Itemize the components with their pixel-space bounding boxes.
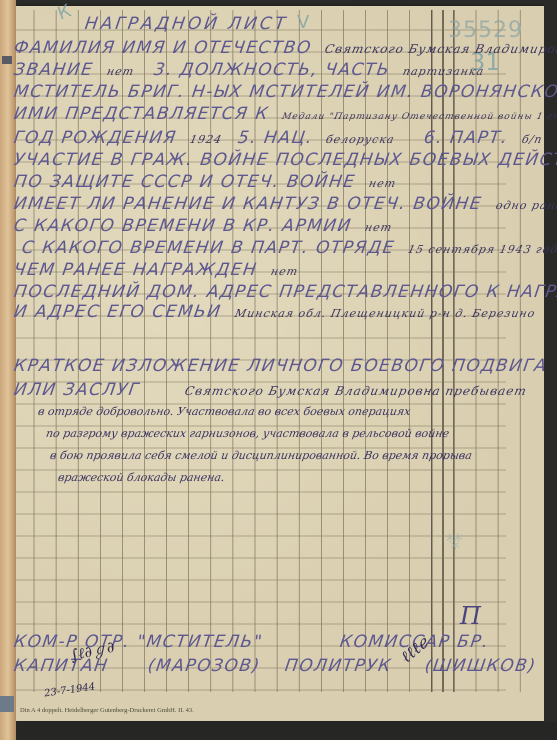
field-label: Имеет ли ранение и кантуз в отеч. войне (13, 194, 484, 214)
field-value: Минская обл. Плещеницкий р-н д. Березино (234, 307, 537, 320)
field-value: одно ранение (494, 199, 557, 212)
narrative-line: по разгрому вражеских гарнизонов, участв… (44, 424, 488, 444)
field-label: и адрес его семьи (13, 302, 223, 322)
field-label: 3. Должность, часть (152, 60, 391, 80)
field-value: партизанка (402, 65, 486, 78)
field-label: Участие в граж. войне последных боевых д… (13, 150, 557, 170)
narrative-heading-text: Краткое изложение личного боевого подвиг… (13, 356, 549, 376)
field-label: 6. Парт. (423, 128, 510, 148)
field-award: Ими представляется к Медали "Партизану О… (14, 104, 557, 124)
narrative-line: в отряде добровольно. Участвовала во все… (36, 402, 480, 422)
narrative-line: вражеской блокады ранена. (56, 468, 500, 488)
field-wounds: Имеет ли ранение и кантуз в отеч. войне … (14, 194, 557, 214)
check-mark: V (297, 12, 309, 33)
field-label: по защите СССР и отеч. войне (13, 172, 357, 192)
signature-left-rank: капитан (Марозов) (14, 656, 261, 676)
field-unit: Мститель бриг. н-ых мстителей им. Вороня… (14, 82, 557, 102)
field-label: С какого времени в Кр. Армии (13, 216, 354, 236)
title-text: Наградной лист (84, 14, 290, 34)
signature-rank: политрук (284, 656, 394, 676)
field-value: нет (269, 265, 299, 278)
field-previous-awards: Чем ранее награжден нет (14, 260, 298, 280)
field-label: Последний дом. адрес представленного к н… (13, 282, 557, 302)
field-value: Медали "Партизану Отечественной войны 1 … (281, 112, 557, 122)
document-title: Наградной лист (85, 14, 288, 34)
signature-title: Ком-р отр. "Мститель" (13, 632, 265, 652)
signature-name: (Шишков) (424, 656, 538, 676)
field-value: нет (368, 177, 398, 190)
field-label: Фамилия имя и отечество (13, 38, 314, 58)
field-label: Год рождения (13, 128, 179, 148)
field-value: нет (364, 221, 394, 234)
printer-imprint: Din A 4 doppelt. Heidelberger Gutenberg-… (20, 707, 194, 714)
field-defense: по защите СССР и отеч. войне нет (14, 172, 396, 192)
narrative-line: в бою проявила себя смелой и дисциплинир… (48, 446, 492, 466)
narrative-line: Святского Бумская Владимировна пребывает (184, 384, 529, 398)
field-birth-year: Год рождения 1924 5. Нац. белоруска 6. П… (14, 128, 542, 148)
narrative-heading-text: или заслуг (13, 380, 141, 400)
field-home-address: Последний дом. адрес представленного к н… (14, 282, 557, 302)
field-value: Святского Бумская Владимировна (324, 42, 557, 56)
signature-left-title: Ком-р отр. "Мститель" (14, 632, 263, 652)
field-label: 5. Нац. (236, 128, 314, 148)
field-label: Мститель бриг. н-ых мстителей им. Вороня… (13, 82, 557, 102)
signature-name: (Марозов) (147, 656, 262, 676)
field-value: белоруска (325, 133, 396, 146)
field-full-name: Фамилия имя и отечество Святского Бумска… (14, 38, 557, 58)
field-red-army: С какого времени в Кр. Армии нет (14, 216, 392, 236)
field-label: Ими представляется к (13, 104, 271, 124)
narrative-heading-2: или заслуг Святского Бумская Владимировн… (14, 380, 527, 400)
field-civil-war: Участие в граж. войне последных боевых д… (14, 150, 557, 170)
signature-right-note: П (460, 602, 481, 630)
field-partisan-since: С какого времени в парт. отряде 15 сентя… (22, 238, 557, 258)
field-value: 1924 (189, 133, 224, 146)
field-value: 15 сентября 1943 года (407, 243, 557, 256)
field-value: б/п (520, 133, 543, 146)
field-value: нет (106, 65, 136, 78)
field-family-address: и адрес его семьи Минская обл. Плещеницк… (14, 302, 535, 322)
field-label: С какого времени в парт. отряде (21, 238, 397, 258)
field-label: Чем ранее награжден (13, 260, 259, 280)
field-rank-position: Звание нет 3. Должность, часть партизанк… (14, 60, 484, 80)
field-label: Звание (13, 60, 95, 80)
narrative-heading: Краткое изложение личного боевого подвиг… (14, 356, 548, 376)
